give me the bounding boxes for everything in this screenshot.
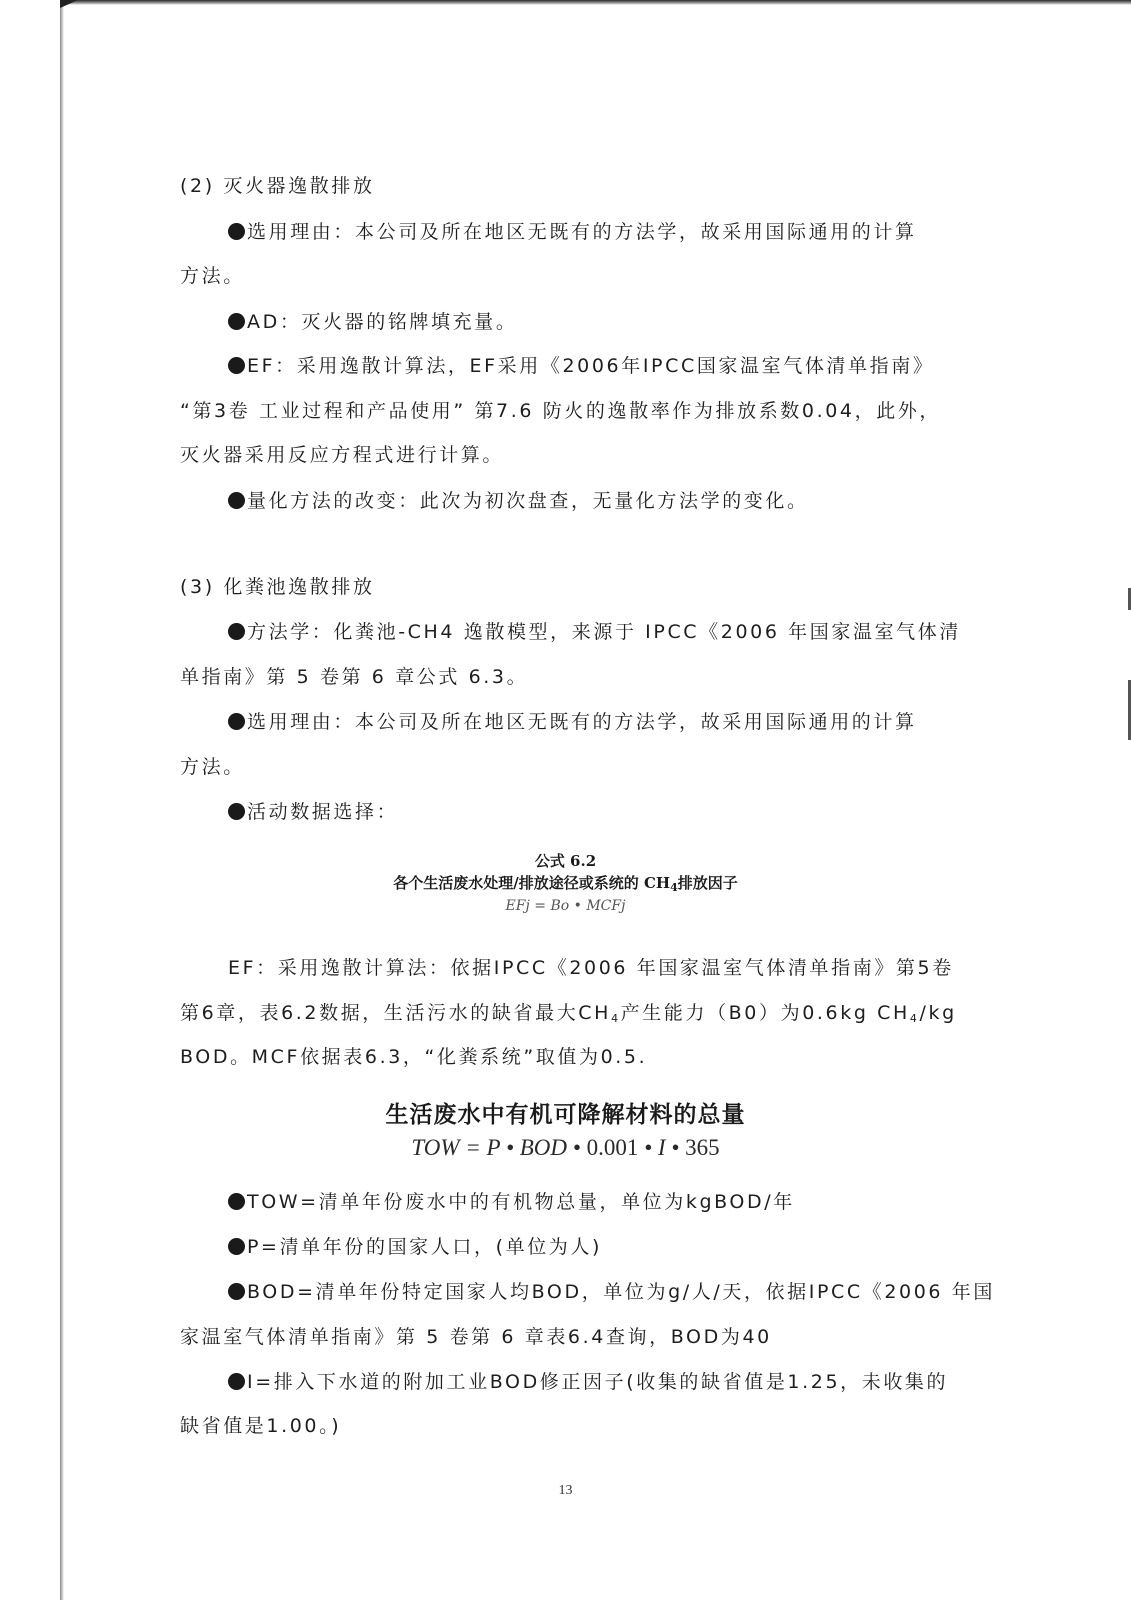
bullet-icon <box>228 1373 245 1390</box>
section-3-heading: (3) 化粪池逸散排放 <box>180 574 375 600</box>
bullet-icon <box>228 803 245 820</box>
page-number: 13 <box>0 1483 1131 1499</box>
formula-equation: EFj = Bo • MCFj <box>0 898 1131 914</box>
definition-p: P=清单年份的国家人口，(单位为人) <box>228 1234 602 1260</box>
definition-tow: TOW=清单年份废水中的有机物总量，单位为kgBOD/年 <box>228 1189 795 1215</box>
section-3-ef-cont-2: BOD。MCF依据表6.3，“化粪系统”取值为0.5. <box>180 1044 647 1070</box>
section-3-ef-cont-1: 第6章，表6.2数据，生活污水的缺省最大CH4产生能力（B0）为0.6kg CH… <box>180 1000 957 1032</box>
formula-title-text: 各个生活废水处理/排放途径或系统的 CH <box>393 874 670 892</box>
ef-text: 第6章，表6.2数据，生活污水的缺省最大CH <box>180 1002 611 1024</box>
method-text: 方法学：化粪池-CH4 逸散模型，来源于 IPCC《2006 年国家温室气体清 <box>247 621 961 643</box>
ef-text: 产生能力（B0）为0.6kg CH <box>621 1002 910 1024</box>
section-2-ef-cont-2: 灭火器采用反应方程式进行计算。 <box>180 442 504 468</box>
bullet-icon <box>228 357 245 374</box>
section-3-method: 方法学：化粪池-CH4 逸散模型，来源于 IPCC《2006 年国家温室气体清 <box>228 619 961 645</box>
bullet-icon <box>228 1283 245 1300</box>
subscript: 4 <box>670 881 678 894</box>
formula-label: 公式 6.2 <box>0 850 1131 871</box>
definition-bod-cont: 家温室气体清单指南》第 5 卷第 6 章表6.4查询，BOD为40 <box>180 1324 772 1350</box>
bullet-icon <box>228 1238 245 1255</box>
bullet-icon <box>228 313 245 330</box>
definition-i-cont: 缺省值是1.00。) <box>180 1413 341 1439</box>
definition-text: P=清单年份的国家人口，(单位为人) <box>247 1236 602 1258</box>
definition-text: BOD=清单年份特定国家人均BOD，单位为g/人/天，依据IPCC《2006 年… <box>247 1281 995 1303</box>
eq-part: • I • <box>638 1135 685 1160</box>
section-3-method-cont: 单指南》第 5 卷第 6 章公式 6.3。 <box>180 664 528 690</box>
document-page: (2) 灭火器逸散排放 选用理由：本公司及所在地区无既有的方法学，故采用国际通用… <box>0 0 1131 1600</box>
change-text: 量化方法的改变：此次为初次盘查，无量化方法学的变化。 <box>247 490 809 512</box>
subscript: 4 <box>611 1012 621 1025</box>
definition-text: TOW=清单年份废水中的有机物总量，单位为kgBOD/年 <box>247 1191 795 1213</box>
section-3-ef: EF：采用逸散计算法：依据IPCC《2006 年国家温室气体清单指南》第5卷 <box>228 955 954 981</box>
definition-i: I=排入下水道的附加工业BOD修正因子(收集的缺省值是1.25，未收集的 <box>228 1369 948 1395</box>
section-2-reason: 选用理由：本公司及所在地区无既有的方法学，故采用国际通用的计算 <box>228 219 917 245</box>
reason-text: 选用理由：本公司及所在地区无既有的方法学，故采用国际通用的计算 <box>247 221 917 243</box>
section-2-ad: AD：灭火器的铭牌填充量。 <box>228 309 517 335</box>
eq-part: 365 <box>685 1135 720 1160</box>
section-2-heading: (2) 灭火器逸散排放 <box>180 173 375 199</box>
formula-title-text: 排放因子 <box>678 874 738 892</box>
section-2-ef: EF：采用逸散计算法，EF采用《2006年IPCC国家温室气体清单指南》 <box>228 353 934 379</box>
section-3-activity: 活动数据选择： <box>228 799 398 825</box>
activity-text: 活动数据选择： <box>247 801 398 823</box>
definition-text: I=排入下水道的附加工业BOD修正因子(收集的缺省值是1.25，未收集的 <box>247 1371 948 1393</box>
section-2-change: 量化方法的改变：此次为初次盘查，无量化方法学的变化。 <box>228 488 809 514</box>
bullet-icon <box>228 713 245 730</box>
bullet-icon <box>228 623 245 640</box>
bullet-icon <box>228 1193 245 1210</box>
tow-formula-block: 生活废水中有机可降解材料的总量 TOW = P • BOD • 0.001 • … <box>0 1096 1131 1161</box>
reason-text: 选用理由：本公司及所在地区无既有的方法学，故采用国际通用的计算 <box>247 711 917 733</box>
formula-6-2-block: 公式 6.2 各个生活废水处理/排放途径或系统的 CH4排放因子 EFj = B… <box>0 850 1131 914</box>
bullet-icon <box>228 492 245 509</box>
eq-part: 0.001 <box>587 1135 639 1160</box>
tow-formula-title: 生活废水中有机可降解材料的总量 <box>0 1096 1131 1129</box>
definition-bod: BOD=清单年份特定国家人均BOD，单位为g/人/天，依据IPCC《2006 年… <box>228 1279 995 1305</box>
section-2-reason-cont: 方法。 <box>180 263 245 289</box>
formula-title: 各个生活废水处理/排放途径或系统的 CH4排放因子 <box>0 872 1131 894</box>
tow-formula-equation: TOW = P • BOD • 0.001 • I • 365 <box>0 1135 1131 1161</box>
ef-text: EF：采用逸散计算法，EF采用《2006年IPCC国家温室气体清单指南》 <box>247 355 934 377</box>
ef-text: /kg <box>919 1002 956 1024</box>
ad-text: AD：灭火器的铭牌填充量。 <box>247 311 517 333</box>
eq-part: TOW = P • BOD • <box>411 1135 586 1160</box>
section-3-reason-cont: 方法。 <box>180 754 245 780</box>
bullet-icon <box>228 223 245 240</box>
section-3-reason: 选用理由：本公司及所在地区无既有的方法学，故采用国际通用的计算 <box>228 709 917 735</box>
section-2-ef-cont-1: “第3卷 工业过程和产品使用” 第7.6 防火的逸散率作为排放系数0.04，此外… <box>180 398 941 424</box>
